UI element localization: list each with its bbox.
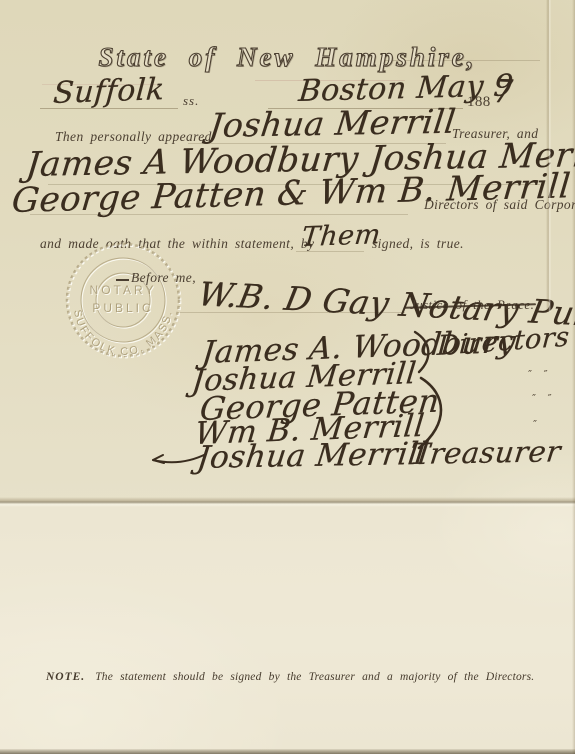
before-me-label: Before me, xyxy=(131,270,196,286)
ditto-mark-3: ″ xyxy=(533,418,541,431)
before-me-dash xyxy=(116,279,129,281)
ditto-mark-2: ″ ″ xyxy=(532,392,556,405)
treasurer-signature: Joshua Merrill xyxy=(195,436,431,476)
notary-embossed-seal: SUFFOLK CO. MASS. SUFFOLK CO. MASS. NOTA… xyxy=(58,235,188,365)
vertical-fold-crease xyxy=(546,0,551,312)
year-printed: 188 xyxy=(467,94,491,111)
paper-bottom-edge xyxy=(0,749,575,754)
county-handwritten: Suffolk xyxy=(52,72,166,111)
footnote-text: The statement should be signed by the Tr… xyxy=(95,671,534,683)
seal-arc-text: SUFFOLK CO. MASS. xyxy=(71,309,175,358)
footnote-label: NOTE. xyxy=(46,671,85,683)
lower-fold-panel xyxy=(0,505,575,750)
footnote: NOTE.The statement should be signed by t… xyxy=(46,671,534,683)
seal-line2: PUBLIC xyxy=(92,301,153,315)
oath-label-after: signed, is true. xyxy=(372,236,464,252)
ss-label: ss. xyxy=(183,93,199,109)
ditto-mark-1: ″ ″ xyxy=(528,368,552,381)
year-digit-handwritten: 7 xyxy=(492,72,514,111)
oath-by-handwritten: Them xyxy=(300,219,382,253)
directors-label: Directors of said Corporation, xyxy=(424,197,575,213)
treasurer-role-handwritten: Treasurer xyxy=(408,434,563,471)
svg-text:SUFFOLK CO. MASS.: SUFFOLK CO. MASS. xyxy=(71,309,175,358)
